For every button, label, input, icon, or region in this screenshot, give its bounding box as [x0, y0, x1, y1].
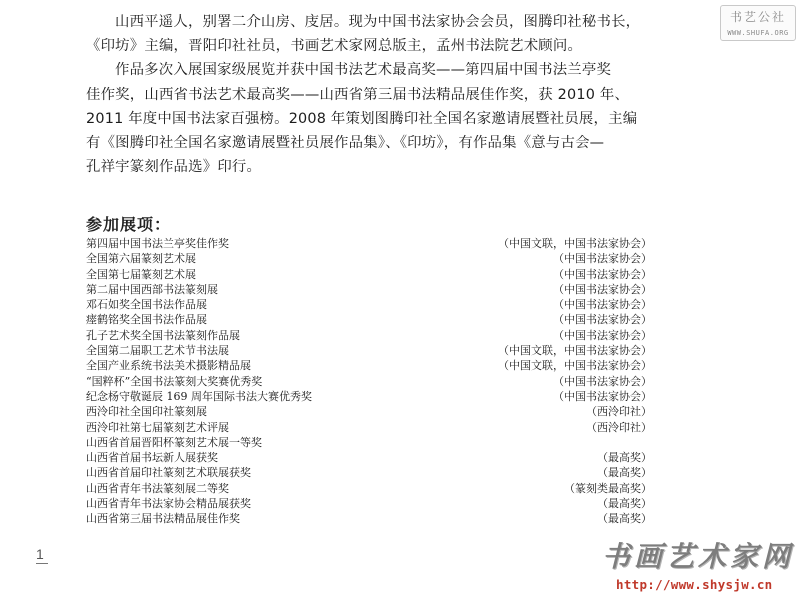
exhibition-name: 山西省青年书法篆刻展二等奖: [86, 481, 229, 496]
exhibition-item: 全国产业系统书法美术摄影精品展（中国文联，中国书法家协会）: [86, 358, 652, 373]
bio-line: 《印坊》主编，晋阳印社社员，书画艺术家网总版主，孟州书法院艺术顾问。: [86, 34, 656, 58]
exhibition-item: 全国第二届职工艺术节书法展（中国文联，中国书法家协会）: [86, 343, 652, 358]
watermark-calligraphy-text: 书画艺术家网: [596, 540, 800, 574]
exhibition-organizer: （最高奖）: [597, 450, 652, 465]
exhibition-organizer: （最高奖）: [597, 496, 652, 511]
exhibition-name: 全国第七届篆刻艺术展: [86, 267, 196, 282]
document-page: 山西平遥人，别署二介山房、庋居。现为中国书法家协会会员，图腾印社秘书长， 《印坊…: [0, 0, 800, 597]
exhibition-name: 山西省首届晋阳杯篆刻艺术展一等奖: [86, 435, 262, 450]
exhibition-name: 西泠印社第七届篆刻艺术评展: [86, 420, 229, 435]
exhibition-item: 第二届中国西部书法篆刻展（中国书法家协会）: [86, 282, 652, 297]
exhibition-item: 山西省青年书法家协会精品展获奖（最高奖）: [86, 496, 652, 511]
exhibition-name: 山西省首届书坛新人展获奖: [86, 450, 218, 465]
exhibitions-heading: 参加展项：: [86, 212, 171, 235]
exhibition-item: 山西省首届晋阳杯篆刻艺术展一等奖: [86, 435, 652, 450]
watermark-logo-bottom: 书画艺术家网 http://www.shysjw.cn: [596, 540, 800, 597]
exhibition-item: 山西省首届印社篆刻艺术联展获奖（最高奖）: [86, 465, 652, 480]
exhibition-organizer: （中国书法家协会）: [553, 282, 652, 297]
exhibition-organizer: （中国书法家协会）: [553, 389, 652, 404]
bio-paragraph-1: 山西平遥人，别署二介山房、庋居。现为中国书法家协会会员，图腾印社秘书长， 《印坊…: [86, 10, 656, 58]
exhibition-organizer: （中国书法家协会）: [553, 267, 652, 282]
exhibition-item: 西泠印社第七届篆刻艺术评展（西泠印社）: [86, 420, 652, 435]
exhibition-organizer: （中国文联，中国书法家协会）: [498, 236, 652, 251]
exhibition-item: “国粹杯”全国书法篆刻大奖赛优秀奖（中国书法家协会）: [86, 374, 652, 389]
exhibition-item: 孔子艺术奖全国书法篆刻作品展（中国书法家协会）: [86, 328, 652, 343]
watermark-logo-url: WWW.SHUFA.ORG: [721, 29, 795, 37]
exhibition-name: 纪念杨守敬诞辰 169 周年国际书法大赛优秀奖: [86, 389, 312, 404]
exhibition-name: 全国第二届职工艺术节书法展: [86, 343, 229, 358]
bio-line: 山西平遥人，别署二介山房、庋居。现为中国书法家协会会员，图腾印社秘书长，: [86, 10, 656, 34]
exhibition-name: 山西省青年书法家协会精品展获奖: [86, 496, 251, 511]
exhibition-item: 纪念杨守敬诞辰 169 周年国际书法大赛优秀奖（中国书法家协会）: [86, 389, 652, 404]
exhibition-name: 山西省第三届书法精品展佳作奖: [86, 511, 240, 526]
exhibition-organizer: （中国书法家协会）: [553, 297, 652, 312]
exhibition-organizer: （中国文联，中国书法家协会）: [498, 358, 652, 373]
exhibition-item: 瘗鹤铭奖全国书法作品展（中国书法家协会）: [86, 312, 652, 327]
exhibition-item: 山西省第三届书法精品展佳作奖（最高奖）: [86, 511, 652, 526]
exhibition-item: 山西省首届书坛新人展获奖（最高奖）: [86, 450, 652, 465]
exhibition-organizer: （中国书法家协会）: [553, 328, 652, 343]
exhibition-item: 山西省青年书法篆刻展二等奖（篆刻类最高奖）: [86, 481, 652, 496]
biography: 山西平遥人，别署二介山房、庋居。现为中国书法家协会会员，图腾印社秘书长， 《印坊…: [86, 10, 656, 179]
watermark-logo-text: 书艺公社: [721, 8, 795, 25]
exhibition-name: “国粹杯”全国书法篆刻大奖赛优秀奖: [86, 374, 262, 389]
exhibition-organizer: （最高奖）: [597, 465, 652, 480]
bio-line: 2011 年度中国书法家百强榜。2008 年策划图腾印社全国名家邀请展暨社员展，…: [86, 107, 656, 131]
exhibition-name: 全国第六届篆刻艺术展: [86, 251, 196, 266]
exhibition-item: 西泠印社全国印社篆刻展（西泠印社）: [86, 404, 652, 419]
exhibition-name: 西泠印社全国印社篆刻展: [86, 404, 207, 419]
watermark-url: http://www.shysjw.cn: [616, 577, 773, 592]
exhibition-organizer: （中国书法家协会）: [553, 251, 652, 266]
bio-line: 有《图腾印社全国名家邀请展暨社员展作品集》、《印坊》，有作品集《意与古会—: [86, 131, 656, 155]
exhibition-organizer: （西泠印社）: [586, 404, 652, 419]
exhibitions-list: 第四届中国书法兰亭奖佳作奖（中国文联，中国书法家协会） 全国第六届篆刻艺术展（中…: [86, 236, 652, 527]
exhibition-name: 邓石如奖全国书法作品展: [86, 297, 207, 312]
exhibition-item: 邓石如奖全国书法作品展（中国书法家协会）: [86, 297, 652, 312]
exhibition-item: 第四届中国书法兰亭奖佳作奖（中国文联，中国书法家协会）: [86, 236, 652, 251]
exhibition-organizer: （中国书法家协会）: [553, 374, 652, 389]
exhibition-name: 第四届中国书法兰亭奖佳作奖: [86, 236, 229, 251]
watermark-logo-top: 书艺公社 WWW.SHUFA.ORG: [720, 5, 796, 41]
exhibition-item: 全国第六届篆刻艺术展（中国书法家协会）: [86, 251, 652, 266]
exhibition-name: 全国产业系统书法美术摄影精品展: [86, 358, 251, 373]
bio-line: 孔祥宇篆刻作品选》印行。: [86, 155, 656, 179]
exhibition-organizer: （中国文联，中国书法家协会）: [498, 343, 652, 358]
exhibition-organizer: （最高奖）: [597, 511, 652, 526]
bio-line: 作品多次入展国家级展览并获中国书法艺术最高奖——第四届中国书法兰亭奖: [86, 58, 656, 82]
exhibition-item: 全国第七届篆刻艺术展（中国书法家协会）: [86, 267, 652, 282]
page-number-underline: [36, 563, 48, 564]
bio-line: 佳作奖，山西省书法艺术最高奖——山西省第三届书法精品展佳作奖，获 2010 年、: [86, 83, 656, 107]
exhibition-name: 孔子艺术奖全国书法篆刻作品展: [86, 328, 240, 343]
exhibition-organizer: （篆刻类最高奖）: [564, 481, 652, 496]
page-number: 1: [36, 546, 44, 562]
bio-paragraph-2: 作品多次入展国家级展览并获中国书法艺术最高奖——第四届中国书法兰亭奖 佳作奖，山…: [86, 58, 656, 179]
exhibition-name: 第二届中国西部书法篆刻展: [86, 282, 218, 297]
exhibition-organizer: （中国书法家协会）: [553, 312, 652, 327]
exhibition-name: 瘗鹤铭奖全国书法作品展: [86, 312, 207, 327]
exhibition-name: 山西省首届印社篆刻艺术联展获奖: [86, 465, 251, 480]
exhibition-organizer: （西泠印社）: [586, 420, 652, 435]
